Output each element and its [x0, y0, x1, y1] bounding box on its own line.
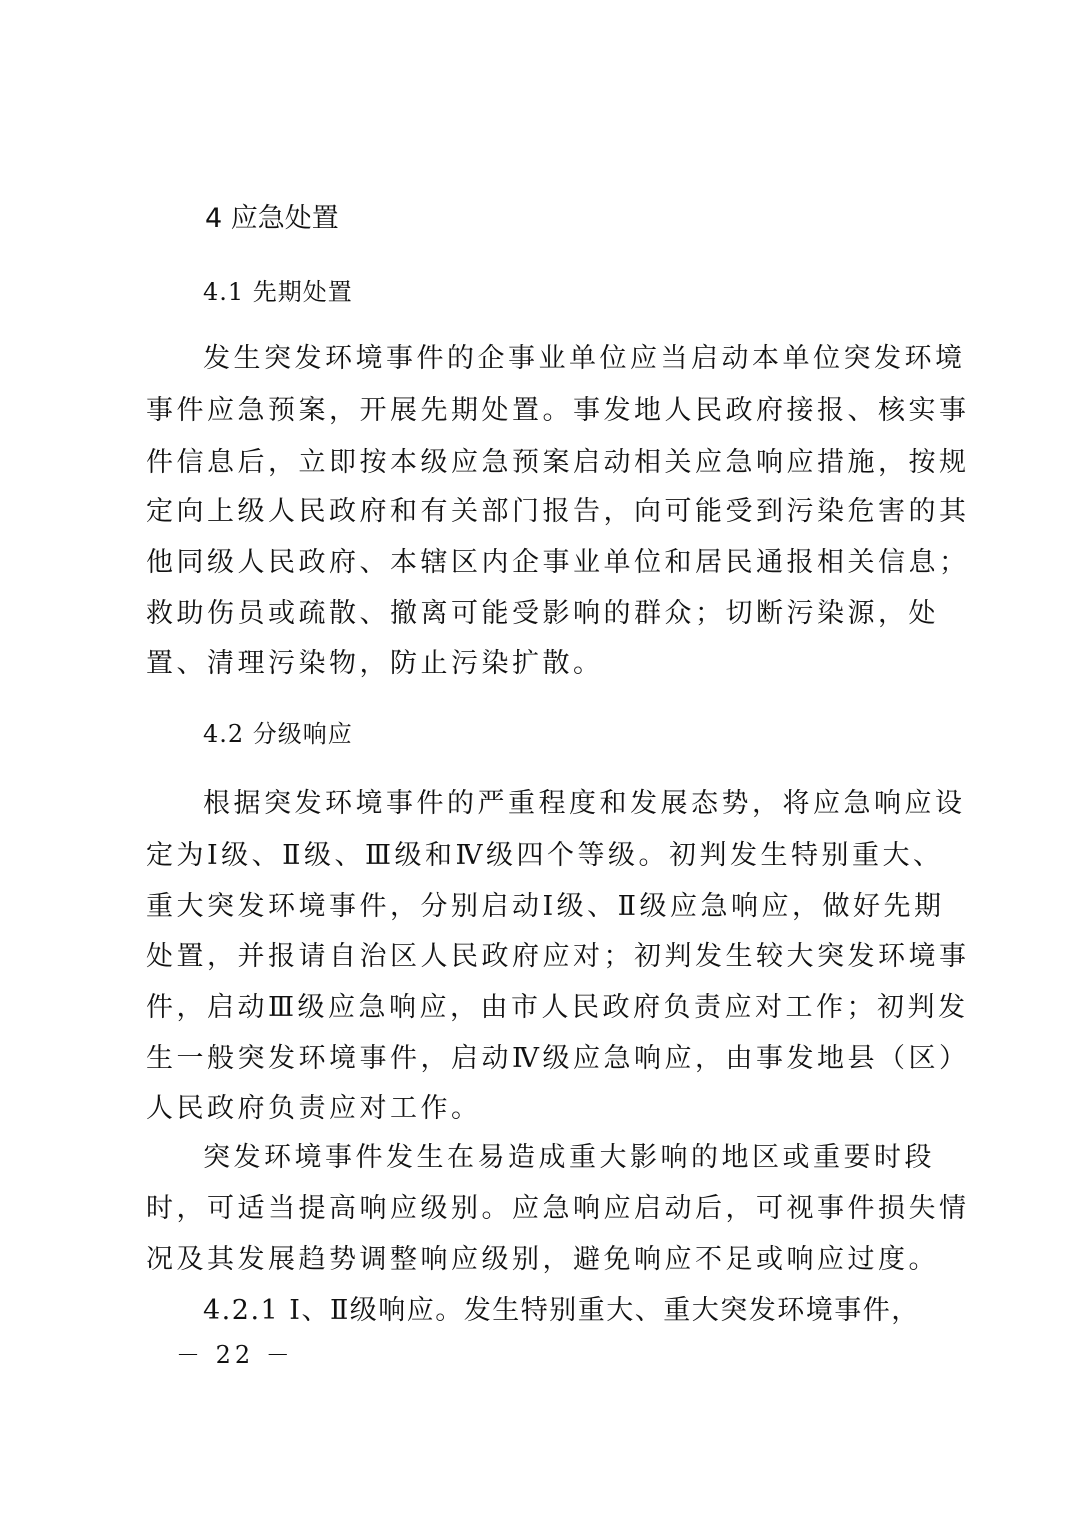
- paragraph-line: 事件应急预案，开展先期处置。事发地人民政府接报、核实事: [146, 395, 926, 427]
- paragraph-line: 时，可适当提高响应级别。应急响应启动后，可视事件损失情: [146, 1193, 926, 1225]
- paragraph-line: 重大突发环境事件，分别启动Ⅰ级、Ⅱ级应急响应，做好先期: [146, 891, 926, 923]
- paragraph-line: 突发环境事件发生在易造成重大影响的地区或重要时段: [203, 1142, 983, 1174]
- paragraph-line: 况及其发展趋势调整响应级别，避免响应不足或响应过度。: [146, 1244, 926, 1276]
- subsection-heading-4-1: 4.1 先期处置: [203, 276, 353, 308]
- paragraph-line: 他同级人民政府、本辖区内企事业单位和居民通报相关信息；: [146, 547, 926, 579]
- paragraph-line: 根据突发环境事件的严重程度和发展态势，将应急响应设: [203, 788, 983, 820]
- paragraph-line: 定为Ⅰ级、Ⅱ级、Ⅲ级和Ⅳ级四个等级。初判发生特别重大、: [146, 840, 926, 872]
- subsection-heading-4-2: 4.2 分级响应: [203, 718, 353, 750]
- document-page: 4 应急处置 4.1 先期处置 发生突发环境事件的企事业单位应当启动本单位突发环…: [0, 0, 1074, 1520]
- paragraph-line: 发生突发环境事件的企事业单位应当启动本单位突发环境: [203, 343, 983, 375]
- paragraph-line: 件信息后，立即按本级应急预案启动相关应急响应措施，按规: [146, 447, 926, 479]
- paragraph-line: 件，启动Ⅲ级应急响应，由市人民政府负责应对工作；初判发: [146, 992, 926, 1024]
- paragraph-line: 救助伤员或疏散、撤离可能受影响的群众；切断污染源，处: [146, 598, 926, 630]
- paragraph-line: 4.2.1 Ⅰ、Ⅱ级响应。发生特别重大、重大突发环境事件，: [203, 1295, 983, 1327]
- paragraph-line: 处置，并报请自治区人民政府应对；初判发生较大突发环境事: [146, 941, 926, 973]
- paragraph-line: 置、清理污染物，防止污染扩散。: [146, 648, 926, 680]
- section-heading: 4 应急处置: [205, 202, 339, 236]
- paragraph-line: 生一般突发环境事件，启动Ⅳ级应急响应，由事发地县（区）: [146, 1043, 926, 1075]
- page-number: － 22 －: [176, 1340, 294, 1370]
- paragraph-line: 定向上级人民政府和有关部门报告，向可能受到污染危害的其: [146, 496, 926, 528]
- paragraph-line: 人民政府负责应对工作。: [146, 1093, 926, 1125]
